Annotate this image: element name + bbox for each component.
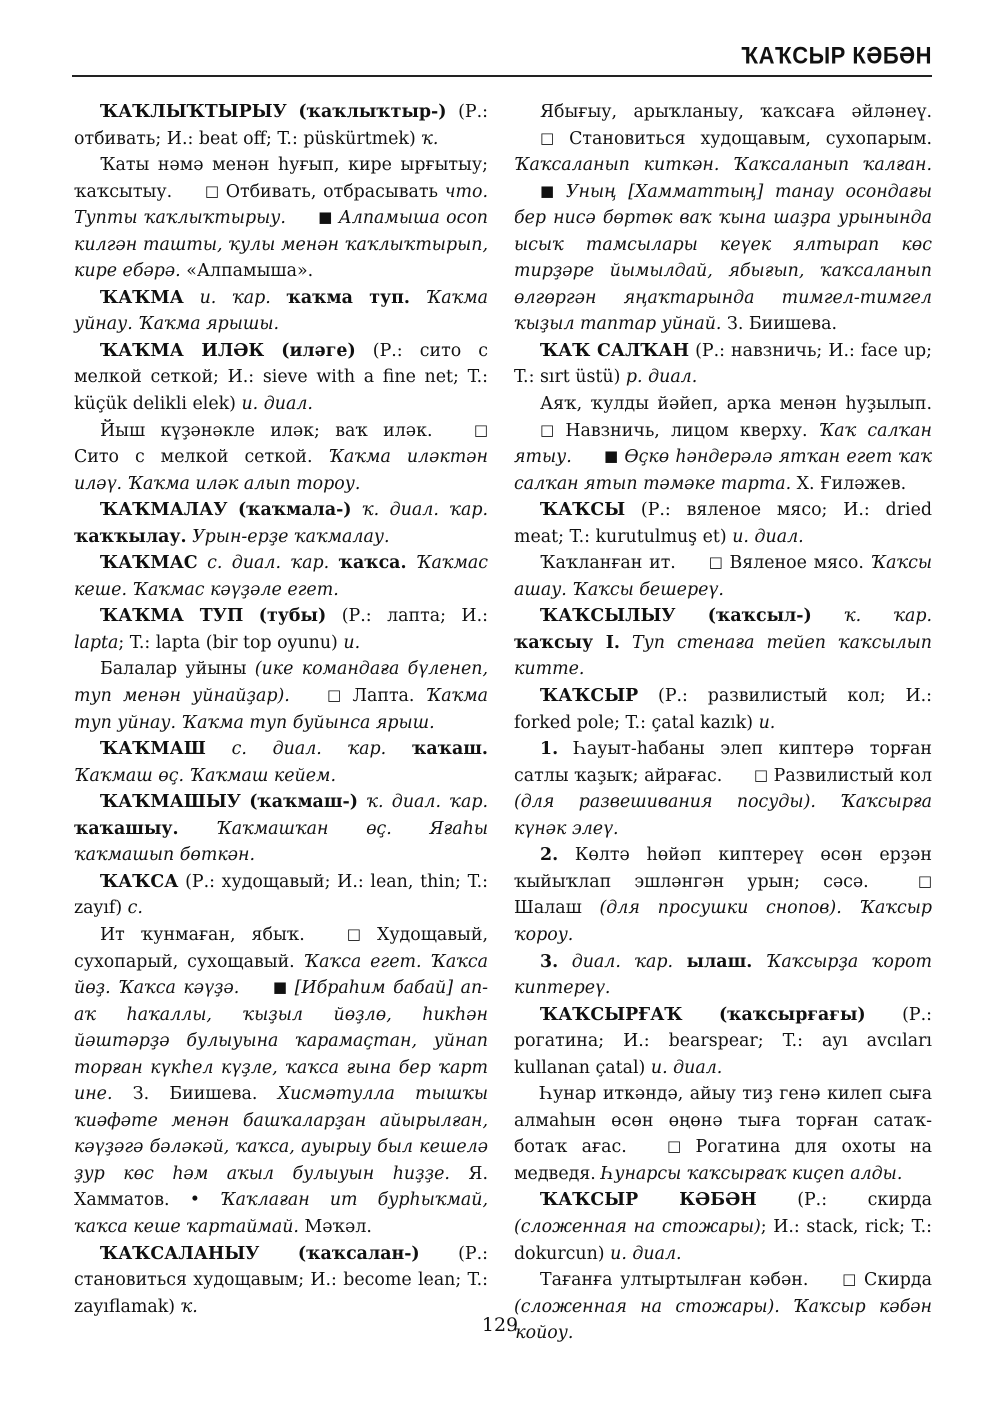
- definition: Аяҡ, ҡулды йәйеп, арҡа менән һуҙылып.: [540, 394, 932, 414]
- part-of-speech: и. диал.: [241, 394, 312, 414]
- headword: ҠАҠМА ТУП: [100, 606, 243, 626]
- headword: ҠАҠМАШ: [100, 739, 206, 759]
- sense-number: 3.: [540, 952, 558, 972]
- dictionary-entry: ҠАҠСЫР КӘБӘН (Р.: скирда (сложенная на с…: [514, 1187, 932, 1267]
- part-of-speech: ҡ. диал. ҡар.: [366, 792, 488, 812]
- quote-source: З. Биишева.: [133, 1084, 258, 1104]
- entry-definition: Аяҡ, ҡулды йәйеп, арҡа менән һуҙылып. □ …: [514, 391, 932, 497]
- part-of-speech: ҡ. ҡар.: [844, 606, 932, 626]
- right-column: Ябығыу, арыҡланыу, ҡаҡсаға әйләнеү. □ Ст…: [514, 99, 932, 1347]
- russian-marker-icon: □: [728, 762, 768, 789]
- dictionary-entry: ҠАҠСЫР (Р.: развилистый кол; И.: forked …: [514, 683, 932, 736]
- headword: ҠАҠСАЛАНЫУ: [100, 1244, 259, 1264]
- left-column: ҠАҠЛЫҠТЫРЫУ (ҡаҡлыҡтыр-) (Р.: отбивать; …: [74, 99, 488, 1320]
- headword: ҠАҠСЫР КӘБӘН: [540, 1190, 757, 1210]
- example-marker-icon: ■: [514, 178, 554, 205]
- russian-gloss: Сито с мелкой сеткой.: [74, 447, 313, 467]
- russian-gloss: Отбивать, отбрасывать: [226, 182, 438, 202]
- headword: ҠАҠСЫ: [540, 500, 625, 520]
- definition: Ҡаҡланған ит.: [540, 553, 676, 573]
- russian-gloss: Развилистый кол: [774, 766, 932, 786]
- russian-marker-icon: □: [816, 1266, 856, 1293]
- dictionary-entry: ҠАҠСЫЛЫУ (ҡаҡсыл-) ҡ. ҡар. ҡаҡсыу I. Туп…: [514, 603, 932, 683]
- stem: (ҡаҡлыҡтыр-): [298, 102, 446, 122]
- russian-gloss: Навзничь, лицом кверху.: [565, 421, 807, 441]
- stem: (ҡаҡсалан-): [298, 1244, 420, 1264]
- russian-gloss: Скирда: [864, 1270, 932, 1290]
- quote-source: «Алпамыша».: [186, 261, 313, 281]
- stem: (ҡаҡмаш-): [249, 792, 358, 812]
- russian-gloss: Шалаш: [514, 898, 582, 918]
- sense-number: 2.: [540, 845, 558, 865]
- stem: (иләге): [281, 341, 355, 361]
- part-of-speech: и.: [759, 713, 776, 733]
- part-of-speech: с. диал. ҡар.: [207, 553, 329, 573]
- page-number: 129: [0, 1314, 1000, 1336]
- headword: ҠАҠЛЫҠТЫРЫУ: [100, 102, 287, 122]
- entry-definition: Балалар уйыны (ике командаға бүленеп, ту…: [74, 656, 488, 736]
- cross-reference: ҡаҡсыу I.: [514, 633, 620, 653]
- cross-reference: ылаш.: [687, 952, 753, 972]
- stem: (ҡаҡсырғағы): [719, 1005, 866, 1025]
- headword: ҠАҠСЫР: [540, 686, 638, 706]
- cross-reference: ҡаҡашыу.: [74, 819, 179, 839]
- cross-reference: ҡаҡса.: [339, 553, 407, 573]
- examples: Һунарсы ҡаҡсырғаҡ киҫеп алды.: [601, 1164, 902, 1184]
- part-of-speech: и. диал.: [610, 1244, 681, 1264]
- part-of-speech: ҡ.: [421, 129, 438, 149]
- russian-marker-icon: □: [301, 682, 341, 709]
- dictionary-entry: ҠАҠМАЛАУ (ҡаҡмала-) ҡ. диал. ҡар. ҡаҡҡыл…: [74, 497, 488, 550]
- cross-reference: ҡаҡма туп.: [287, 288, 410, 308]
- sense-number: 1.: [540, 739, 558, 759]
- part-of-speech: ҡ. диал. ҡар.: [362, 500, 488, 520]
- cross-reference: ҡаҡаш.: [412, 739, 488, 759]
- entry-definition: Ҡаҡланған ит. □ Вяленое мясо. Ҡаҡсы ашау…: [514, 550, 932, 603]
- russian-gloss: Вяленое мясо.: [729, 553, 863, 573]
- translations-ru: (Р.: скирда: [797, 1190, 932, 1210]
- russian-marker-icon: □: [448, 417, 488, 444]
- sense-2: 2. Көлтә һөйәп киптереү өсөн ерҙән ҡыйыҡ…: [514, 842, 932, 948]
- definition: Йыш күҙәнәкле иләк; ваҡ иләк.: [100, 421, 432, 441]
- dictionary-entry: ҠАҠСАЛАНЫУ (ҡаҡсалан-) (Р.: становиться …: [74, 1241, 488, 1321]
- dictionary-entry: ҠАҠСЫРҒАҠ (ҡаҡсырғағы) (Р.: рогатина; И.…: [514, 1002, 932, 1082]
- part-of-speech: и. диал.: [732, 527, 803, 547]
- russian-marker-icon: □: [641, 1133, 681, 1160]
- headword: ҠАҠСЫЛЫУ: [540, 606, 676, 626]
- definition: Балалар уйыны: [100, 659, 246, 679]
- part-of-speech: р. диал.: [626, 367, 697, 387]
- dictionary-entry: ҠАҠМАС с. диал. ҡар. ҡаҡса. Ҡаҡмас кеше.…: [74, 550, 488, 603]
- headword: ҠАҠСЫРҒАҠ: [540, 1005, 682, 1025]
- dictionary-entry: ҠАҠМА ИЛӘК (иләге) (Р.: сито с мелкой се…: [74, 338, 488, 418]
- definition: Тағанға ултыртылған кәбән.: [540, 1270, 808, 1290]
- examples: Ҡаҡмаш өҫ. Ҡаҡмаш кейем.: [74, 766, 336, 786]
- entry-definition: Йыш күҙәнәкле иләк; ваҡ иләк. □ Сито с м…: [74, 418, 488, 498]
- russian-gloss: Становиться худощавым, сухопарым.: [569, 129, 932, 149]
- proverb-marker-icon: •: [190, 1190, 200, 1210]
- part-of-speech: и. ҡар.: [200, 288, 271, 308]
- entry-definition: Ҡаты нәмә менән һуғып, кире ырғытыу; ҡаҡ…: [74, 152, 488, 285]
- definition: Ябығыу, арыҡланыу, ҡаҡсаға әйләнеү.: [540, 102, 932, 122]
- russian-marker-icon: □: [514, 125, 554, 152]
- sense-3: 3. диал. ҡар. ылаш. Ҡаҡсырҙа ҡорот кипте…: [514, 949, 932, 1002]
- headword: ҠАҠ САЛҠАН: [540, 341, 689, 361]
- quote-source: З. Биишева.: [727, 314, 837, 334]
- headword: ҠАҠМАЛАУ: [100, 500, 227, 520]
- entry-definition: Ит ҡунмаған, ябыҡ. □ Худощавый, сухопары…: [74, 922, 488, 1241]
- definition: Көлтә һөйәп киптереү өсөн ерҙән ҡыйыҡлап…: [514, 845, 932, 892]
- example-marker-icon: ■: [578, 443, 618, 470]
- part-of-speech: диал. ҡар.: [572, 952, 673, 972]
- dictionary-entry: ҠАҠМАШ с. диал. ҡар. ҡаҡаш. Ҡаҡмаш өҫ. Ҡ…: [74, 736, 488, 789]
- part-of-speech: и. диал.: [651, 1058, 722, 1078]
- russian-gloss: Лапта.: [352, 686, 414, 706]
- dictionary-entry: ҠАҠ САЛҠАН (Р.: навзничь; И.: face up; T…: [514, 338, 932, 391]
- russian-note: (для просушки снопов).: [600, 898, 842, 918]
- russian-note: что.: [445, 182, 488, 202]
- headword: ҠАҠМА ИЛӘК: [100, 341, 264, 361]
- headword: ҠАҠСА: [100, 872, 178, 892]
- translations-tr: ; T.: lapta (bir top oyunu): [118, 633, 337, 653]
- russian-marker-icon: □: [892, 868, 932, 895]
- quote: Уның [Хамматтың] танау осондағы бер нисә…: [514, 182, 932, 335]
- dictionary-entry: ҠАҠМА и. ҡар. ҡаҡма туп. Ҡаҡма уйнау. Ҡа…: [74, 285, 488, 338]
- translations-ru: (Р.: лапта; И.:: [342, 606, 488, 626]
- translations-ru-note: (сложенная на стожары): [514, 1217, 761, 1237]
- part-of-speech: и.: [343, 633, 360, 653]
- headword: ҠАҠМАС: [100, 553, 198, 573]
- headword: ҠАҠМАШЫУ: [100, 792, 241, 812]
- examples: Урын-ерҙе ҡаҡмалау.: [192, 527, 389, 547]
- header-rule: [72, 75, 932, 77]
- dictionary-entry: ҠАҠМАШЫУ (ҡаҡмаш-) ҡ. диал. ҡар. ҡаҡашыу…: [74, 789, 488, 869]
- examples: Тупты ҡаҡлыҡтырыу.: [74, 208, 286, 228]
- russian-note: (для развешивания посуды).: [514, 792, 816, 812]
- russian-marker-icon: □: [321, 921, 361, 948]
- cross-reference: ҡаҡҡылау.: [74, 527, 187, 547]
- example-marker-icon: ■: [247, 974, 287, 1001]
- running-head: ҠАҠСЫР КӘБӘН: [72, 41, 932, 70]
- stem: (тубы): [259, 606, 326, 626]
- translations-en: lapta: [74, 633, 118, 653]
- proverb-source: Мәҡәл.: [304, 1217, 371, 1237]
- part-of-speech: с.: [128, 898, 143, 918]
- dictionary-entry: ҠАҠСЫ (Р.: вяленое мясо; И.: dried meat;…: [514, 497, 932, 550]
- russian-marker-icon: □: [514, 417, 554, 444]
- stem: (ҡаҡсыл-): [708, 606, 812, 626]
- example-marker-icon: ■: [292, 204, 332, 231]
- entry-definition-continued: Ябығыу, арыҡланыу, ҡаҡсаға әйләнеү. □ Ст…: [514, 99, 932, 338]
- dictionary-entry: ҠАҠЛЫҠТЫРЫУ (ҡаҡлыҡтыр-) (Р.: отбивать; …: [74, 99, 488, 152]
- headword: ҠАҠМА: [100, 288, 184, 308]
- examples: Ҡаҡсаланып киткән. Ҡаҡсаланып ҡалған.: [514, 155, 932, 175]
- dictionary-entry: ҠАҠМА ТУП (тубы) (Р.: лапта; И.: lapta; …: [74, 603, 488, 656]
- dictionary-entry: ҠАҠСА (Р.: худощавый; И.: lean, thin; T.…: [74, 869, 488, 922]
- quote-source: Х. Ғиләжев.: [797, 474, 907, 494]
- entry-definition: Һунар иткәндә, айыу тиҙ генә килеп сыға …: [514, 1081, 932, 1187]
- stem: (ҡаҡмала-): [238, 500, 352, 520]
- definition: Ит ҡунмаған, ябыҡ.: [100, 925, 305, 945]
- part-of-speech: с. диал. ҡар.: [232, 739, 387, 759]
- russian-marker-icon: □: [179, 178, 219, 205]
- sense-1: 1. Һауыт-һабаны элеп киптерә торған сатл…: [514, 736, 932, 842]
- russian-marker-icon: □: [683, 549, 723, 576]
